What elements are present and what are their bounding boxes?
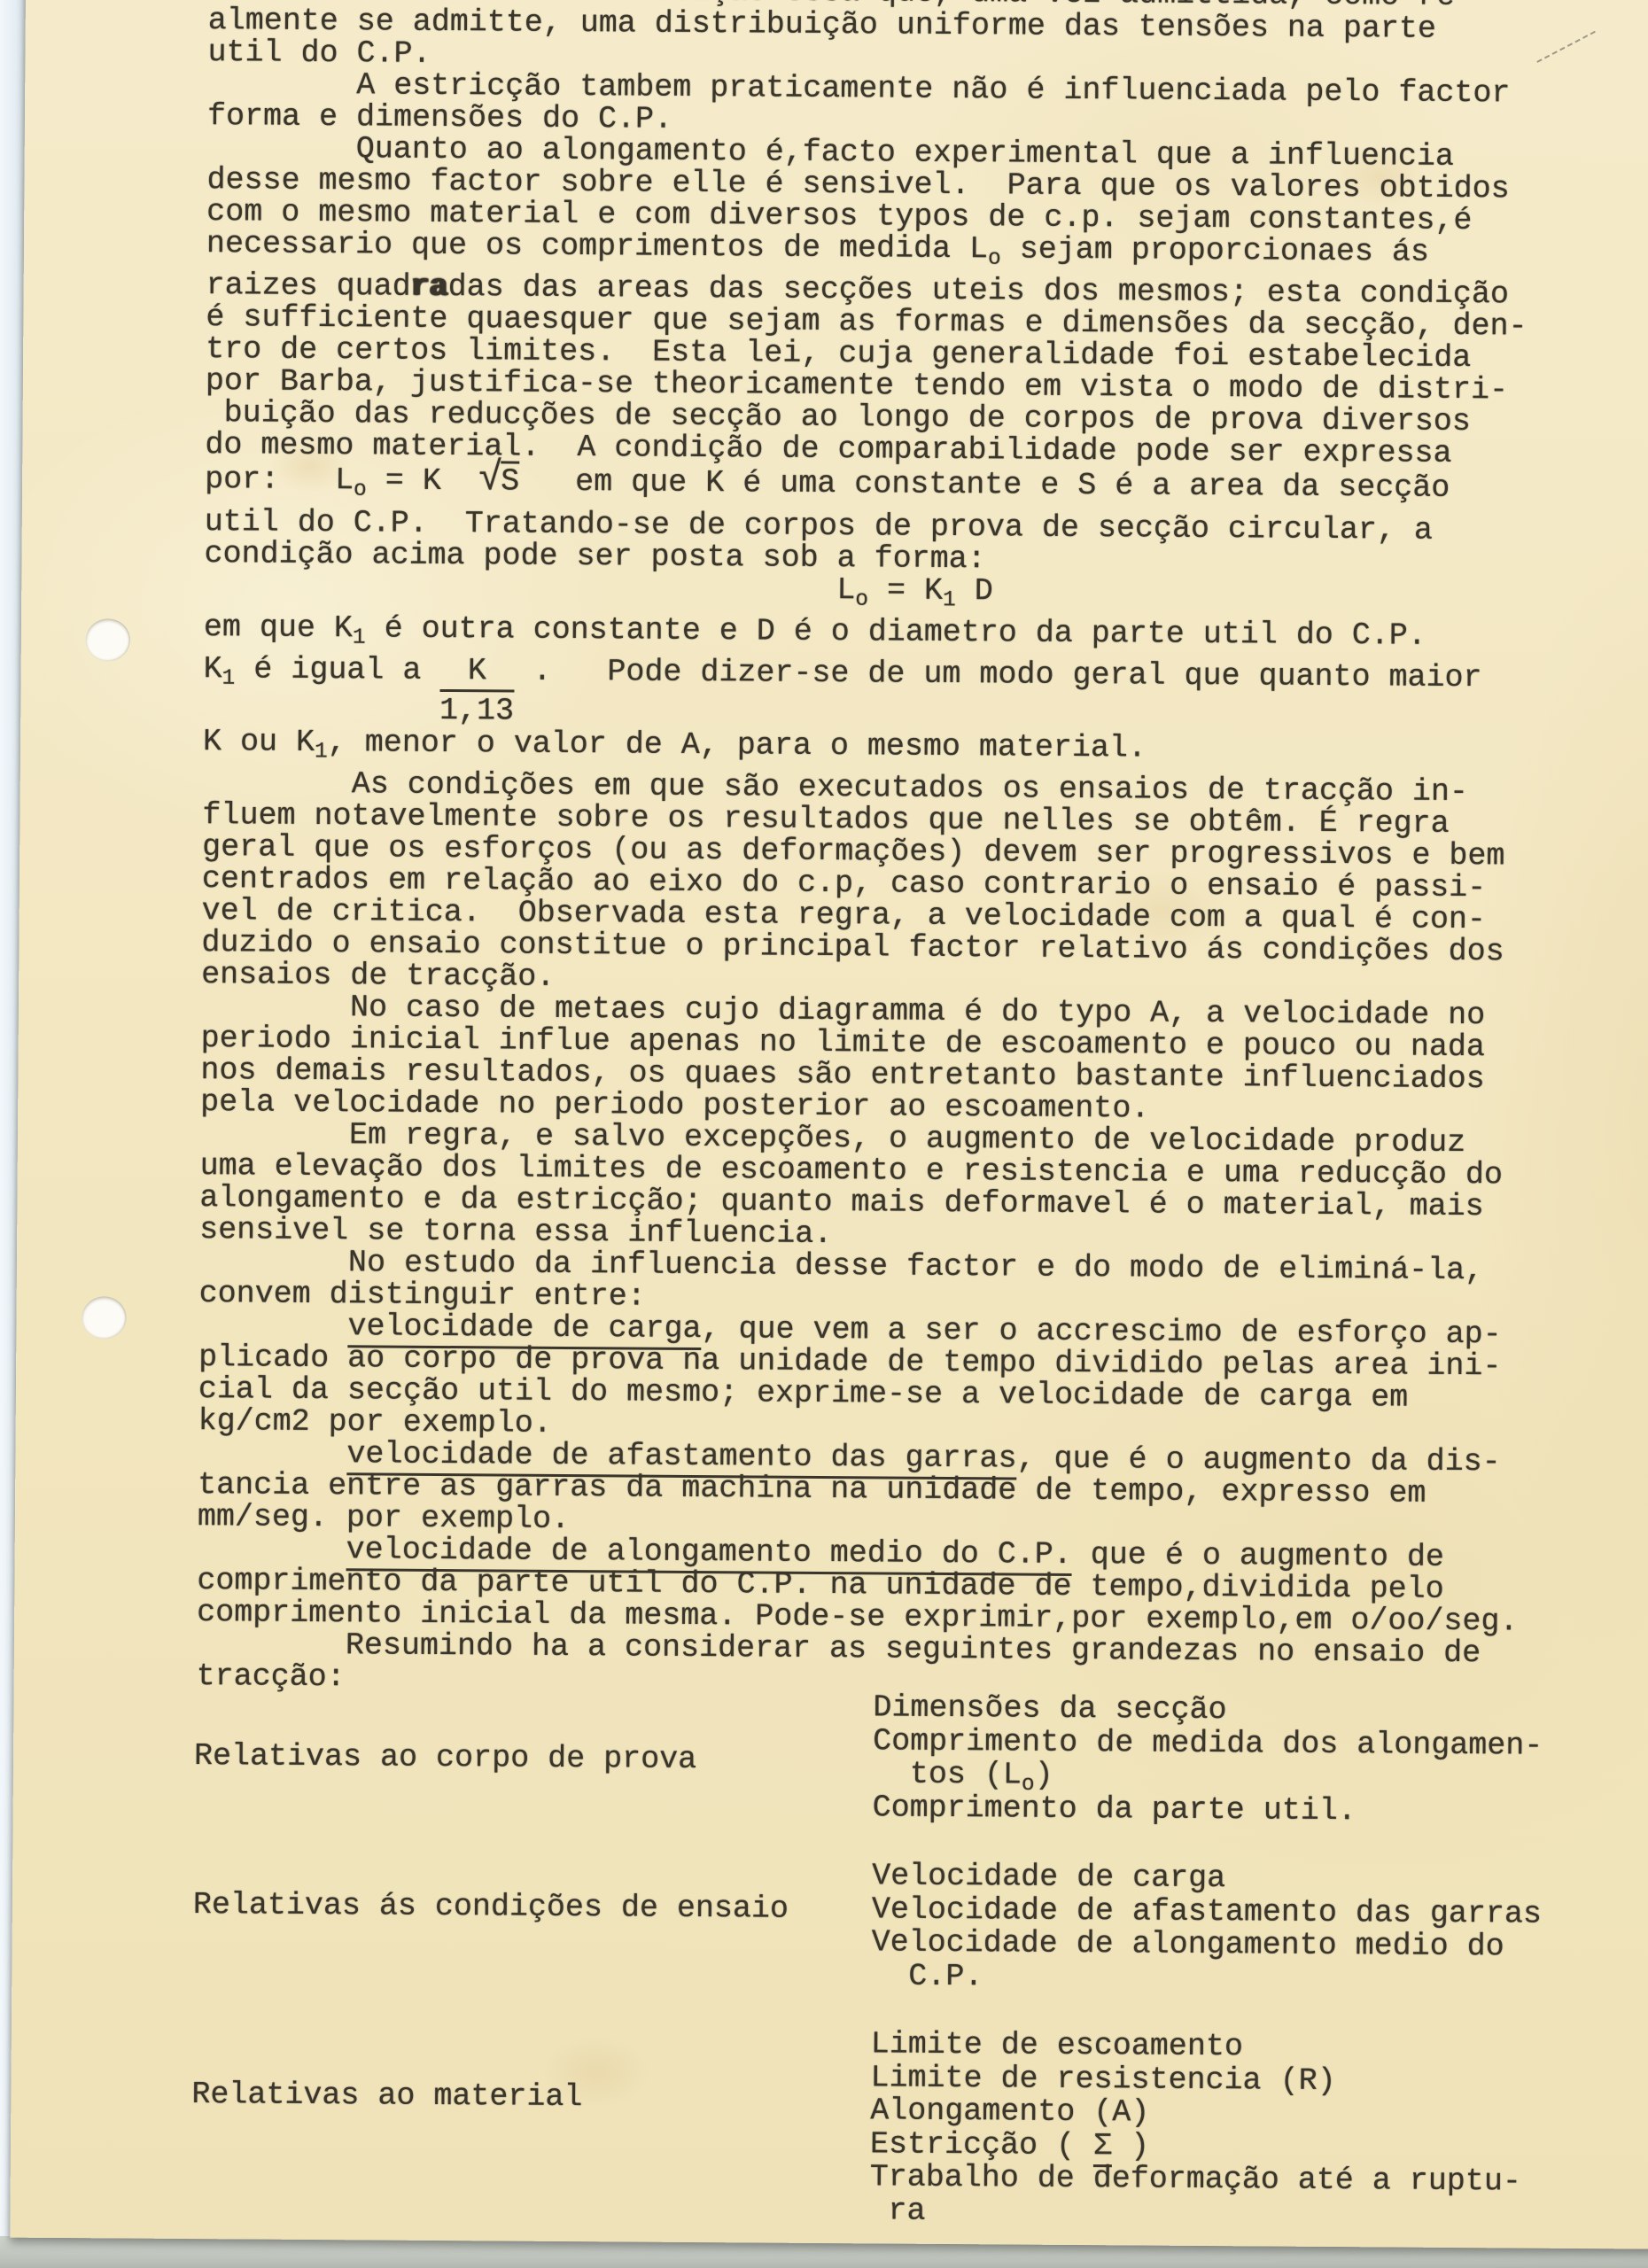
subscript: 1 (943, 588, 956, 612)
typewritten-text-block: almente se admitte, uma distribuição uni… (197, 4, 1590, 1702)
fraction-numerator: K (439, 655, 514, 692)
fraction: K1,13 (439, 655, 515, 727)
table-item: ra (869, 2194, 925, 2227)
radical-sign-icon: √ (478, 456, 501, 502)
table-item: Limite de resistencia (R) (870, 2061, 1335, 2098)
overstruck-characters: ra (411, 269, 448, 305)
fraction-denominator: 1,13 (439, 692, 514, 727)
table-item: Dimensões da secção (873, 1690, 1226, 1727)
text-line: K1 é igual a K1,13 . Pode dizer-se de um… (203, 653, 1586, 734)
subscript: 1 (353, 626, 366, 650)
subscript: o (354, 478, 367, 502)
table-item: C.P. (871, 1959, 983, 1993)
radicand: S (501, 462, 519, 500)
subscript: 1 (315, 740, 328, 764)
subscript: o (855, 587, 868, 611)
subscript: o (988, 247, 1001, 271)
table-row-label: Relativas ás condições de ensaio (193, 1888, 789, 1926)
punch-hole (82, 1296, 126, 1339)
table-item: Limite de escoamento (871, 2027, 1243, 2063)
table-item: Comprimento da parte util. (873, 1790, 1356, 1828)
radical-expression: √S (478, 464, 520, 500)
table-item: Velocidade de carga (872, 1859, 1225, 1895)
table-item: Velocidade de alongamento medio do (871, 1925, 1504, 1963)
table-item: Trabalho de deformação até a ruptu- (870, 2160, 1521, 2198)
table-item: Alongamento (A) (870, 2093, 1149, 2129)
table-row-label: Relativas ao corpo de prova (194, 1739, 696, 1776)
scanned-document-screenshot: { "page": { "paper_color": "#f5ebca", "i… (0, 0, 1648, 2268)
punch-hole (86, 618, 130, 661)
page-rotation-wrapper: distribuição essa que, uma vez admittida… (0, 0, 1648, 2268)
subscript: 1 (222, 667, 235, 691)
table-row-label: Relativas ao material (191, 2078, 582, 2114)
table-item: Estricção ( Σ ) (870, 2127, 1149, 2163)
